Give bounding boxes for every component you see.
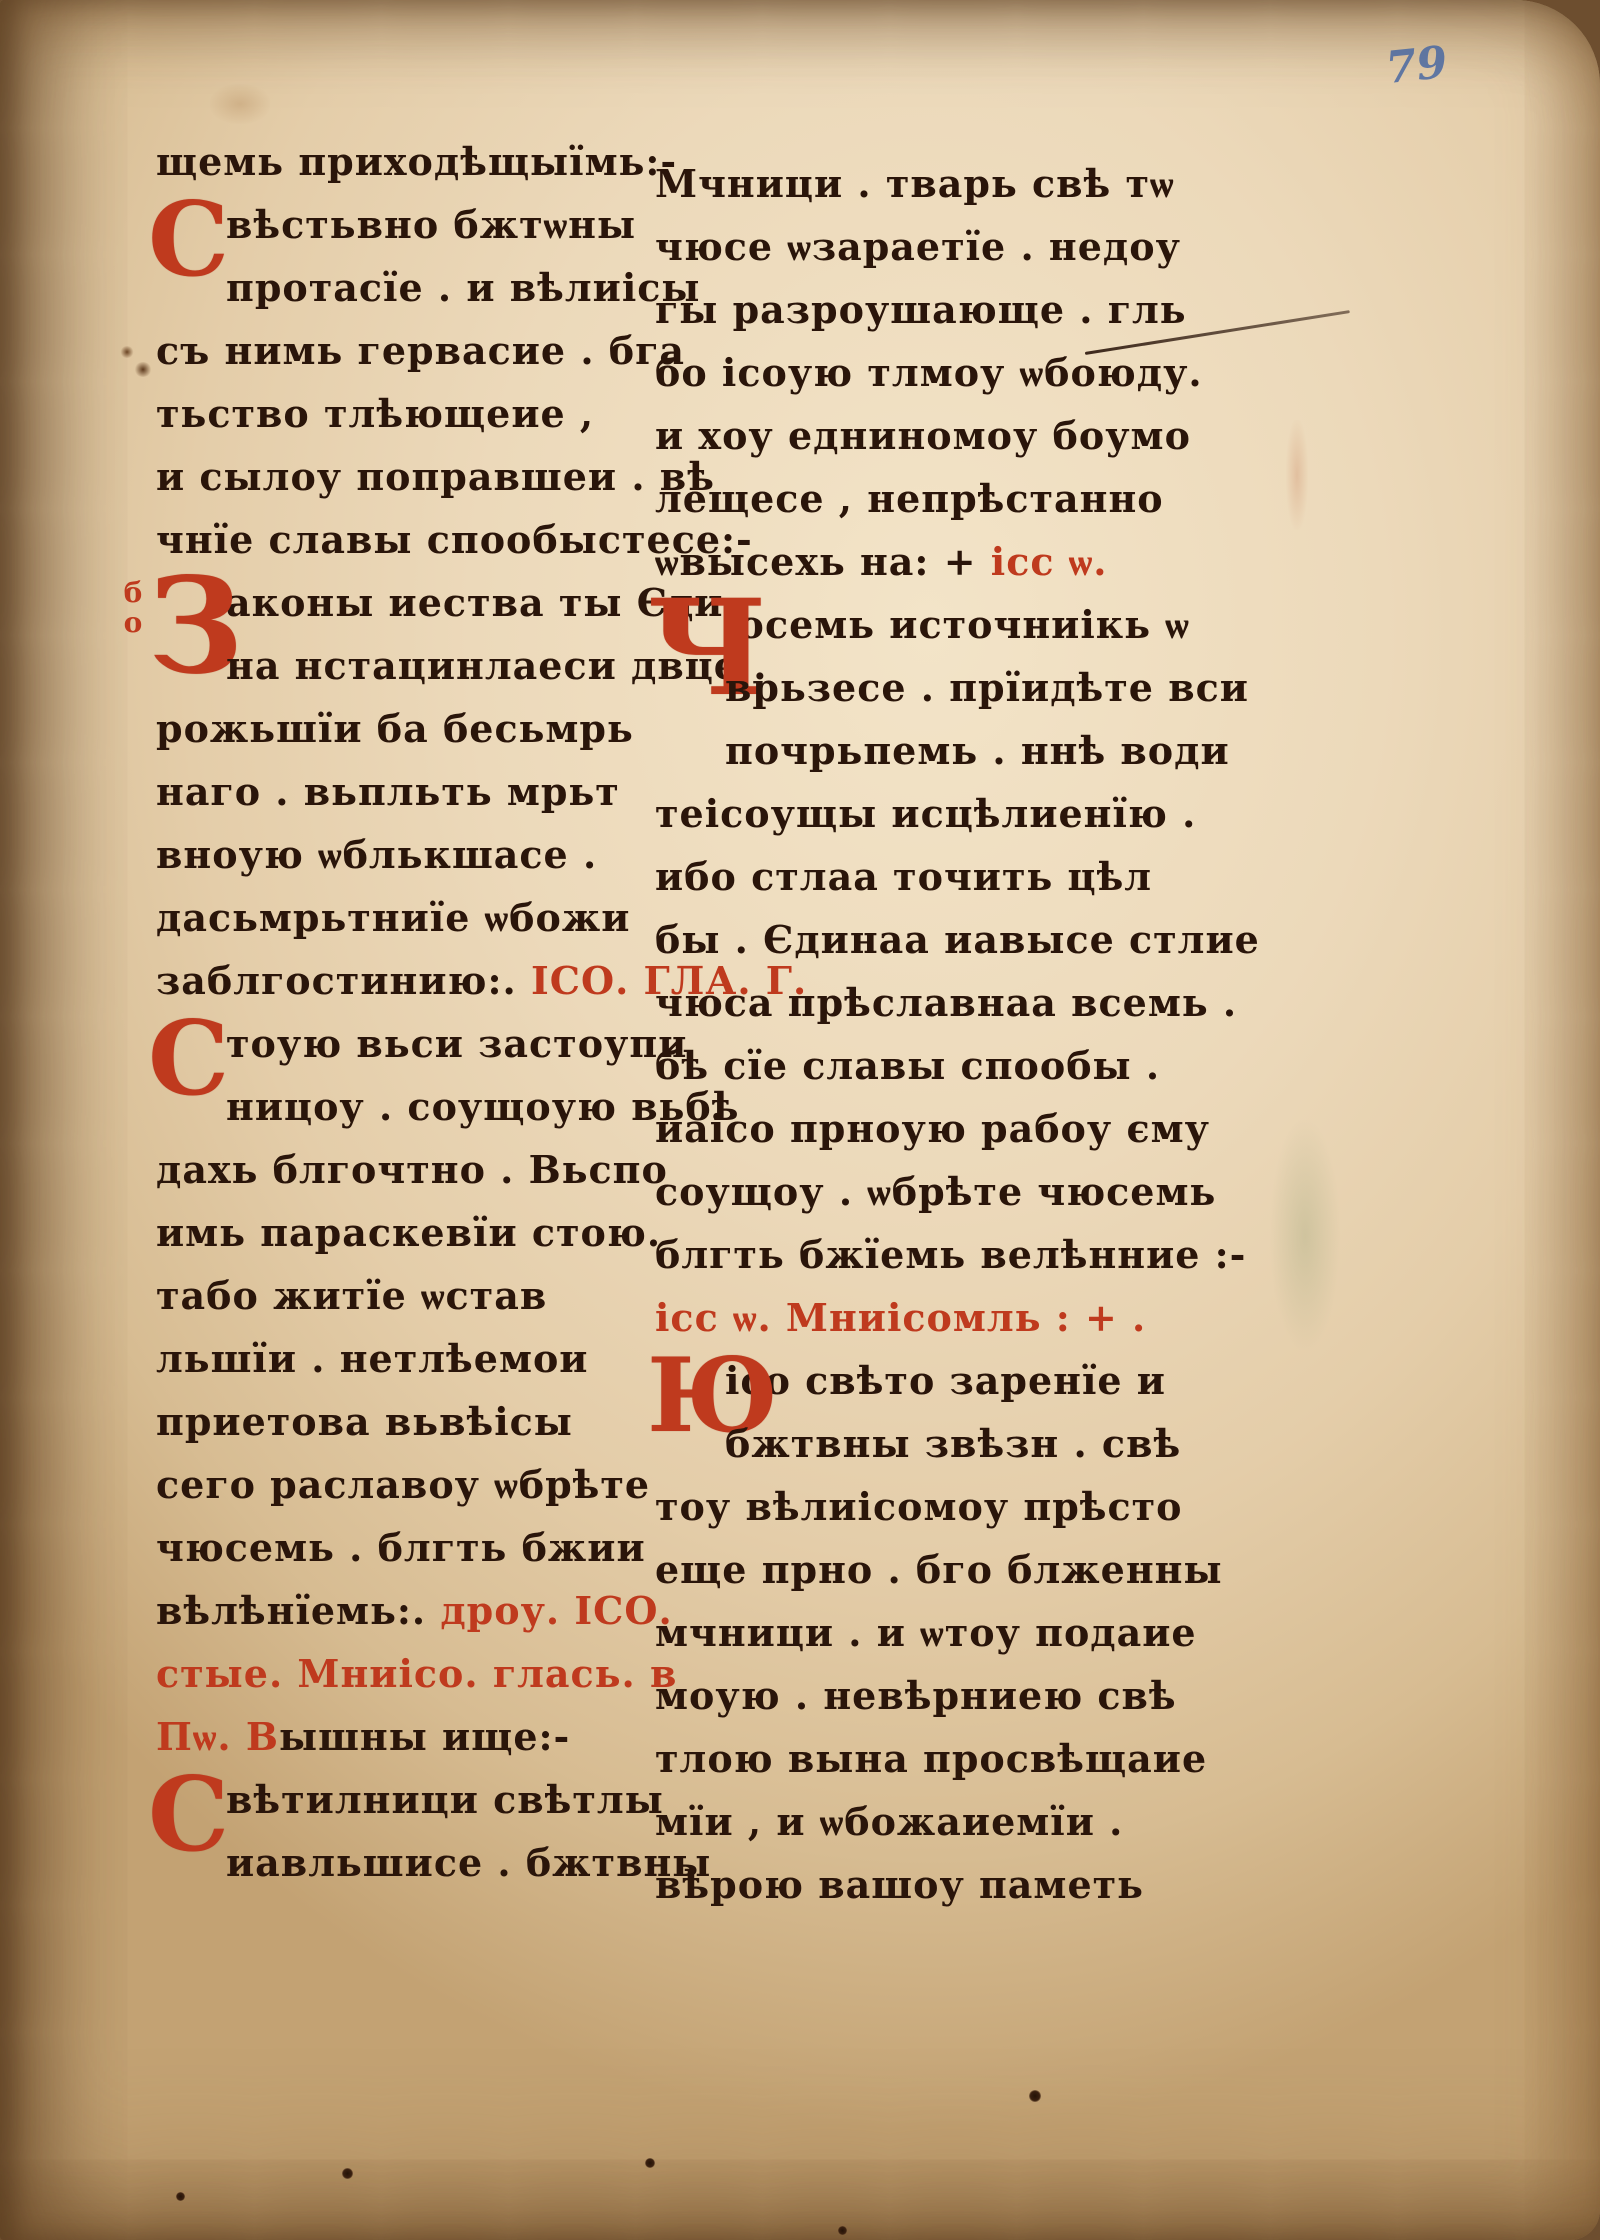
parchment-stain <box>210 84 270 124</box>
text-line: заблгостинию:. ІСО. ГЛА. Г. <box>156 949 668 1012</box>
text-line: еще прно . бго блженны <box>655 1538 1261 1601</box>
rubric-text-run: стые. Мниісо. глась. в <box>156 1651 677 1696</box>
text-line: на нстацинлаеси двце . <box>156 634 668 697</box>
ink-text-run: бжтвны звѣзн . свѣ <box>725 1421 1181 1466</box>
ink-text-run: вѣлѣнїемь:. <box>156 1588 440 1633</box>
ink-text-run: вѣрою вашоу паметь <box>655 1862 1144 1907</box>
ink-text-run: Мчници . тварь свѣ тѡ <box>655 161 1175 206</box>
rubric-text-run: ісс ѡ. Мниісомль : + . <box>655 1295 1146 1340</box>
text-line: тьство тлѣющеие , <box>156 382 668 445</box>
ink-text-run: вѣтилници свѣтлы <box>226 1777 664 1822</box>
marginal-note-bottom-char: о <box>124 608 143 638</box>
text-line: вѣлѣнїемь:. дроу. ІСО. <box>156 1579 668 1642</box>
text-line: и сылоу поправшеи . вѣ <box>156 445 668 508</box>
text-line: Свѣстьвно бжтѡны <box>156 193 668 256</box>
ink-text-run: сего раславоу ѡбрѣте <box>156 1462 650 1507</box>
parchment-page: 79 б о щемь приходѣщыїмь:-Свѣстьвно бжтѡ… <box>0 0 1600 2240</box>
text-line: протасїе . и вѣлиісы <box>156 256 668 319</box>
text-line: сего раславоу ѡбрѣте <box>156 1453 668 1516</box>
ink-text-run: соущоу . ѡбрѣте чюсемь <box>655 1169 1216 1214</box>
wormhole-speck <box>176 2192 185 2201</box>
folio-number: 79 <box>1384 37 1450 94</box>
ink-text-run: мїи , и ѡбожаиемїи . <box>655 1799 1123 1844</box>
manuscript-photo: { "page": { "folio_number": "79", "color… <box>0 0 1600 2240</box>
ink-text-run: вноую ѡблькшасе . <box>156 832 597 877</box>
text-line: соущоу . ѡбрѣте чюсемь <box>655 1160 1261 1223</box>
ink-text-run: съ нимь гервасие . бга <box>156 328 685 373</box>
wormhole-speck <box>1029 2090 1041 2102</box>
ink-text-run: наго . вьпльть мрьт <box>156 769 620 814</box>
text-line: ницоу . соущоую вьбѣ <box>156 1075 668 1138</box>
ink-text-run: бо ісоую тлмоу ѡбоюду. <box>655 350 1203 395</box>
text-line: тоу вѣлиісомоу прѣсто <box>655 1475 1261 1538</box>
text-line: Законы иества ты Єди <box>156 571 668 634</box>
ink-text-run: лещесе , непрѣстанно <box>655 476 1164 521</box>
text-line: иавльшисе . бжтвны <box>156 1831 668 1894</box>
ink-text-run: заблгостинию:. <box>156 958 531 1003</box>
text-line: бы . Єдинаа иавысе стлие <box>655 908 1261 971</box>
right-text-column: Мчници . тварь свѣ тѡчюсе ѡзараетїе . не… <box>655 152 1261 1916</box>
rubric-text-run: ісс ѡ. <box>991 539 1108 584</box>
text-line: теісоущы исцѣлиенїю . <box>655 782 1261 845</box>
ink-text-run: приетова вьвѣісы <box>156 1399 573 1444</box>
ink-text-run: дасьмрьтниїе ѡбожи <box>156 895 630 940</box>
ink-text-run: тоу вѣлиісомоу прѣсто <box>655 1484 1183 1529</box>
ink-text-run: тьство тлѣющеие , <box>156 391 594 436</box>
ink-text-run: мчници . и ѡтоу подаие <box>655 1610 1197 1655</box>
ink-text-run: чюсемь . блгть бжии <box>156 1525 646 1570</box>
text-line: тлою вына просвѣщаие <box>655 1727 1261 1790</box>
ink-text-run: почрьпемь . ннѣ води <box>725 728 1230 773</box>
text-line: Свѣтилници свѣтлы <box>156 1768 668 1831</box>
ink-text-run: иаісо прноую рабоу єму <box>655 1106 1210 1151</box>
text-line: вноую ѡблькшасе . <box>156 823 668 886</box>
text-line: бѣ сїе славы спообы . <box>655 1034 1261 1097</box>
text-line: моую . невѣрниею свѣ <box>655 1664 1261 1727</box>
ink-text-run: рожьшїи ба бесьмрь <box>156 706 634 751</box>
text-line: Стоую вьси застоупи <box>156 1012 668 1075</box>
ink-text-run: теісоущы исцѣлиенїю . <box>655 791 1196 836</box>
ink-text-run: моую . невѣрниею свѣ <box>655 1673 1177 1718</box>
text-line: Мчници . тварь свѣ тѡ <box>655 152 1261 215</box>
ink-text-run: бѣ сїе славы спообы . <box>655 1043 1160 1088</box>
ink-text-run: ісо свѣто заренїе и <box>725 1358 1166 1403</box>
ink-text-run: чюсе ѡзараетїе . недоу <box>655 224 1181 269</box>
ink-text-run: щемь приходѣщыїмь:- <box>156 139 677 184</box>
text-line: имь параскевїи стою. <box>156 1201 668 1264</box>
wormhole-speck <box>645 2158 655 2168</box>
marginal-rubric-note: б о <box>116 578 150 638</box>
text-line: ибо стлаа точить цѣл <box>655 845 1261 908</box>
text-line: табо житїе ѡстав <box>156 1264 668 1327</box>
parchment-streak <box>1286 420 1308 530</box>
parchment-smudge <box>1270 1120 1340 1350</box>
text-line: наго . вьпльть мрьт <box>156 760 668 823</box>
ink-text-run: еще прно . бго блженны <box>655 1547 1223 1592</box>
ink-text-run: юсемь источниікь ѡ <box>725 602 1190 647</box>
text-line: Чюсемь источниікь ѡ <box>655 593 1261 656</box>
text-line: иаісо прноую рабоу єму <box>655 1097 1261 1160</box>
text-line: чюсе ѡзараетїе . недоу <box>655 215 1261 278</box>
text-line: рожьшїи ба бесьмрь <box>156 697 668 760</box>
ink-text-run: бы . Єдинаа иавысе стлие <box>655 917 1260 962</box>
text-line: блгть бжїемь велѣнние :- <box>655 1223 1261 1286</box>
ink-text-run: ибо стлаа точить цѣл <box>655 854 1152 899</box>
rubric-text-run: дроу. ІСО. <box>440 1588 672 1633</box>
wormhole-speck <box>342 2168 353 2179</box>
text-line: чюсемь . блгть бжии <box>156 1516 668 1579</box>
text-line: дасьмрьтниїе ѡбожи <box>156 886 668 949</box>
ink-text-run: и хоу едниномоу боумо <box>655 413 1191 458</box>
text-line: вѣрою вашоу паметь <box>655 1853 1261 1916</box>
text-line: мїи , и ѡбожаиемїи . <box>655 1790 1261 1853</box>
text-line: лещесе , непрѣстанно <box>655 467 1261 530</box>
ink-text-run: протасїе . и вѣлиісы <box>226 265 701 310</box>
ink-spot <box>120 346 134 358</box>
text-line: врьзесе . прїидѣте вси <box>655 656 1261 719</box>
text-line: мчници . и ѡтоу подаие <box>655 1601 1261 1664</box>
text-line: приетова вьвѣісы <box>156 1390 668 1453</box>
text-line: бжтвны звѣзн . свѣ <box>655 1412 1261 1475</box>
ink-text-run: вѣстьвно бжтѡны <box>226 202 636 247</box>
text-line: дахь блгочтно . Вьспо <box>156 1138 668 1201</box>
ink-text-run: табо житїе ѡстав <box>156 1273 547 1318</box>
text-line: съ нимь гервасие . бга <box>156 319 668 382</box>
text-line: льшїи . нетлѣемои <box>156 1327 668 1390</box>
text-line: чюса прѣславнаа всемь . <box>655 971 1261 1034</box>
ink-text-run: ышны ище:- <box>279 1714 570 1759</box>
ink-text-run: имь параскевїи стою. <box>156 1210 661 1255</box>
text-line: Пѡ. Вышны ище:- <box>156 1705 668 1768</box>
ink-text-run: тлою вына просвѣщаие <box>655 1736 1207 1781</box>
text-line: и хоу едниномоу боумо <box>655 404 1261 467</box>
ink-text-run: гы разроушающе . гль <box>655 287 1187 332</box>
ink-text-run: дахь блгочтно . Вьспо <box>156 1147 668 1192</box>
marginal-note-top-char: б <box>124 578 143 608</box>
ink-spot <box>134 362 152 377</box>
ink-text-run: тоую вьси застоупи <box>226 1021 687 1066</box>
text-line: щемь приходѣщыїмь:- <box>156 130 668 193</box>
left-text-column: щемь приходѣщыїмь:-Свѣстьвно бжтѡныпрота… <box>156 130 668 1894</box>
ink-text-run: чюса прѣславнаа всемь . <box>655 980 1237 1025</box>
ink-text-run: блгть бжїемь велѣнние :- <box>655 1232 1246 1277</box>
ink-text-run: и сылоу поправшеи . вѣ <box>156 454 715 499</box>
text-line: бо ісоую тлмоу ѡбоюду. <box>655 341 1261 404</box>
ink-text-run: иавльшисе . бжтвны <box>226 1840 711 1885</box>
text-line: стые. Мниісо. глась. в <box>156 1642 668 1705</box>
rubric-text-run: Пѡ. В <box>156 1714 279 1759</box>
ink-text-run: льшїи . нетлѣемои <box>156 1336 589 1381</box>
ink-text-run: врьзесе . прїидѣте вси <box>725 665 1249 710</box>
wormhole-speck <box>838 2226 847 2235</box>
text-line: почрьпемь . ннѣ води <box>655 719 1261 782</box>
text-line: Юісо свѣто заренїе и <box>655 1349 1261 1412</box>
text-line: гы разроушающе . гль <box>655 278 1261 341</box>
